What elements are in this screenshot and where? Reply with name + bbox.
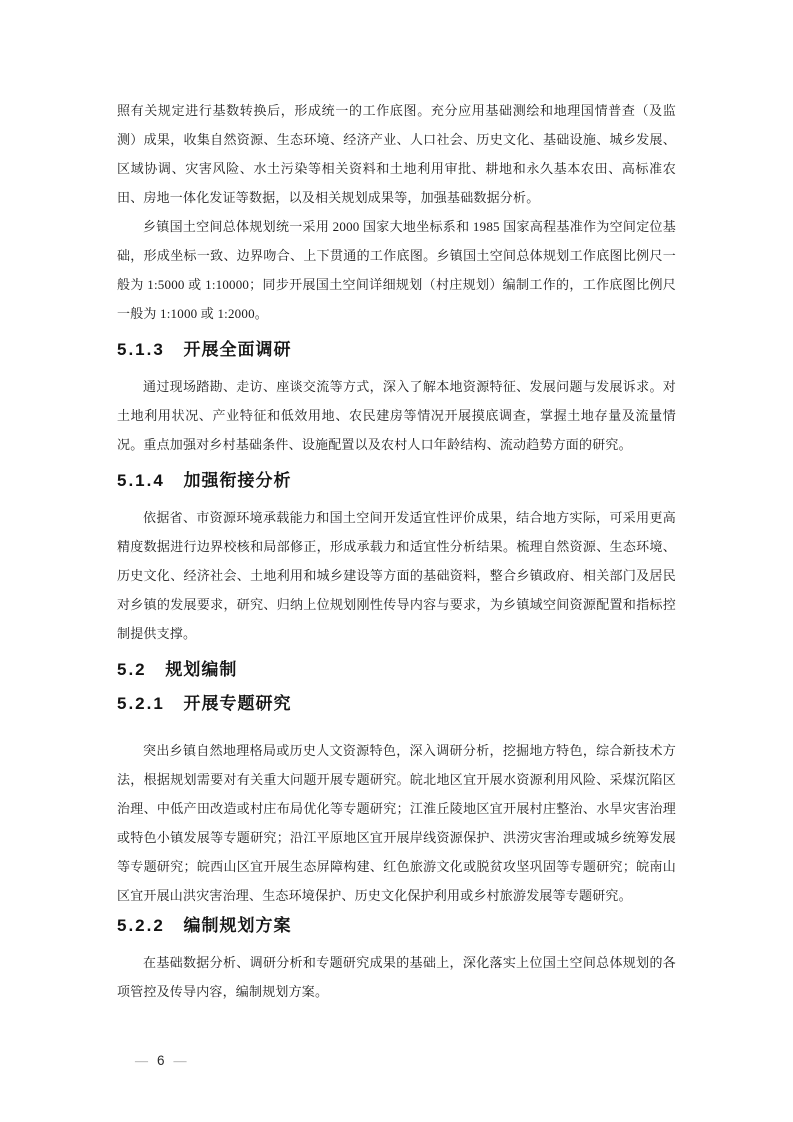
footer-left-dash: —	[135, 1046, 148, 1075]
section-heading-5-2: 5.2 规划编制	[117, 658, 676, 682]
document-page: 照有关规定进行基数转换后，形成统一的工作底图。充分应用基础测绘和地理国情普查（及…	[0, 0, 793, 1122]
footer-right-dash: —	[174, 1046, 187, 1075]
body-paragraph-analysis: 依据省、市资源环境承载能力和国土空间开发适宜性评价成果，结合地方实际，可采用更高…	[117, 503, 676, 648]
heading-title: 编制规划方案	[184, 916, 292, 935]
page-number: 6	[157, 1046, 165, 1075]
section-heading-5-1-3: 5.1.3 开展全面调研	[117, 338, 676, 362]
body-paragraph-coordinate-system: 乡镇国土空间总体规划统一采用 2000 国家大地坐标系和 1985 国家高程基准…	[117, 212, 676, 328]
section-heading-5-2-1: 5.2.1 开展专题研究	[117, 692, 676, 716]
body-paragraph-plan-scheme: 在基础数据分析、调研分析和专题研究成果的基础上，深化落实上位国土空间总体规划的各…	[117, 948, 676, 1006]
body-paragraph-special-research: 突出乡镇自然地理格局或历史人文资源特色，深入调研分析，挖掘地方特色，综合新技术方…	[117, 736, 676, 910]
heading-title: 开展全面调研	[184, 340, 292, 359]
body-paragraph-survey: 通过现场踏勘、走访、座谈交流等方式，深入了解本地资源特征、发展问题与发展诉求。对…	[117, 372, 676, 459]
section-heading-5-2-2: 5.2.2 编制规划方案	[117, 914, 676, 938]
page-footer: — 6 —	[135, 1046, 676, 1075]
body-paragraph-continuation: 照有关规定进行基数转换后，形成统一的工作底图。充分应用基础测绘和地理国情普查（及…	[117, 96, 676, 212]
section-heading-5-1-4: 5.1.4 加强衔接分析	[117, 469, 676, 493]
heading-title: 开展专题研究	[184, 694, 292, 713]
heading-number: 5.2.1	[117, 694, 165, 713]
heading-number: 5.1.3	[117, 340, 165, 359]
heading-number: 5.2.2	[117, 916, 165, 935]
heading-number: 5.1.4	[117, 471, 165, 490]
heading-number: 5.2	[117, 660, 147, 679]
heading-title: 加强衔接分析	[184, 471, 292, 490]
heading-title: 规划编制	[165, 660, 237, 679]
